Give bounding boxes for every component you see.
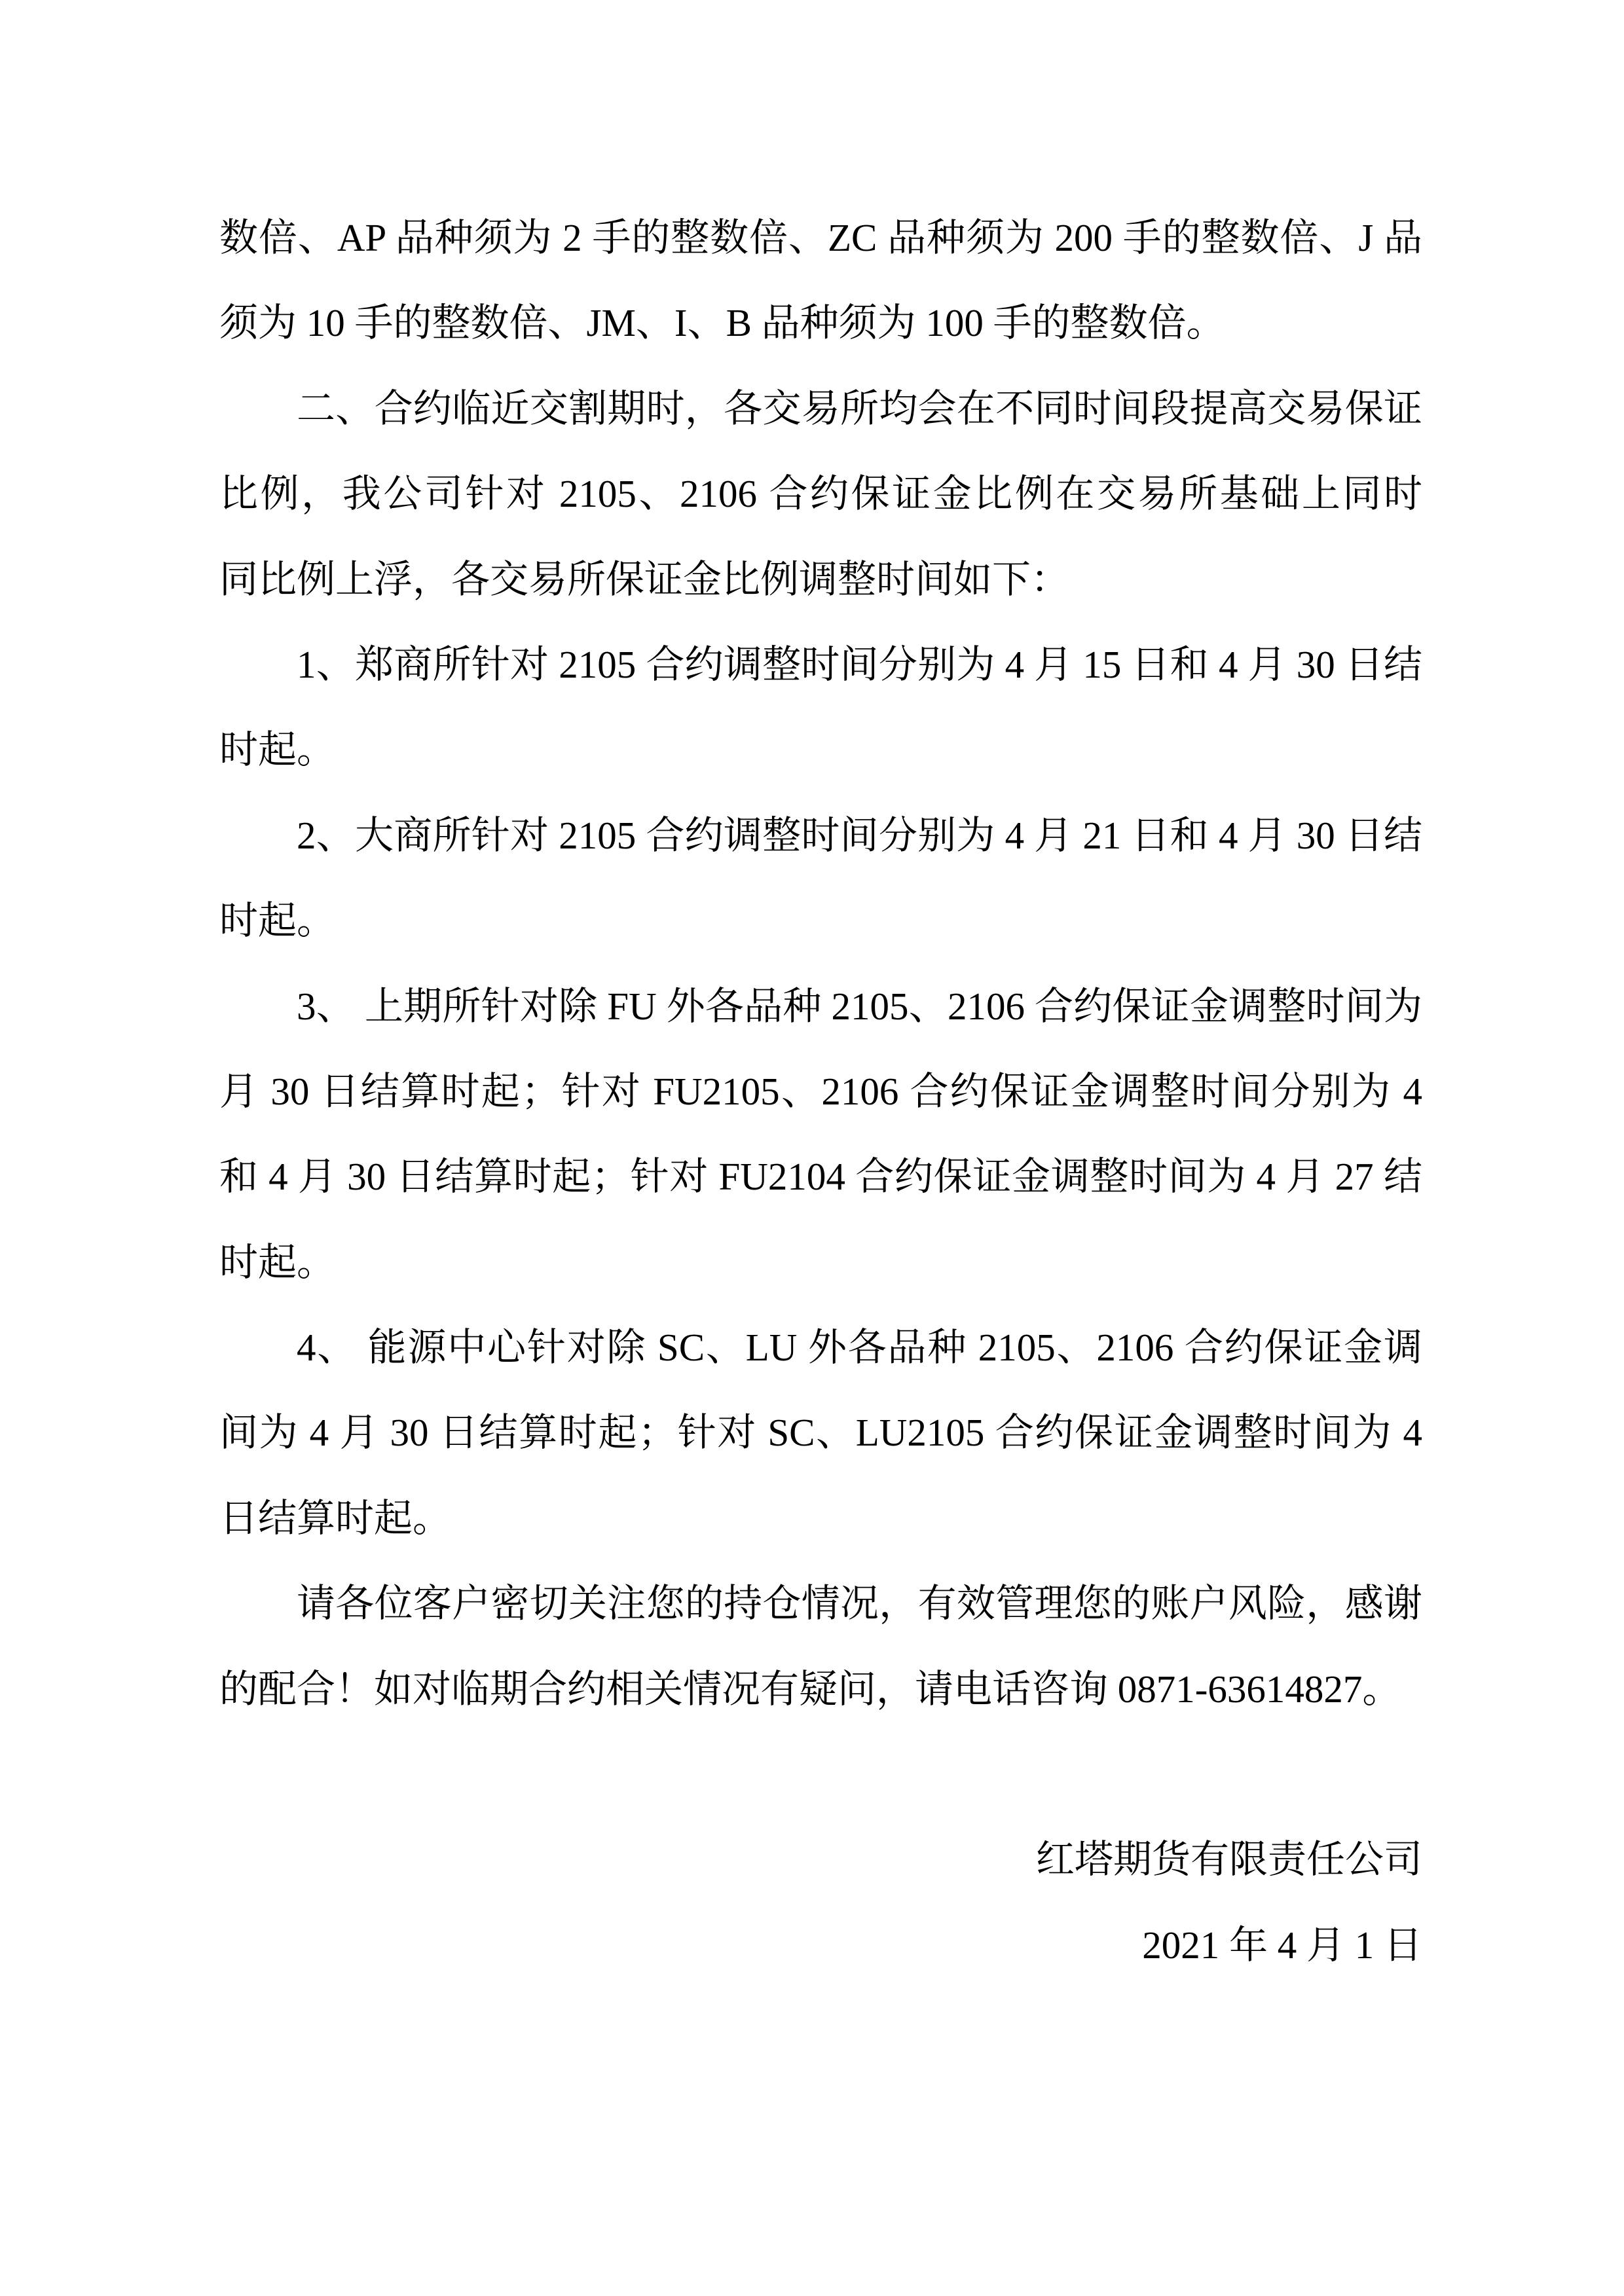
document-line: 须为 10 手的整数倍、JM、I、B 品种须为 100 手的整数倍。 xyxy=(219,280,1422,365)
signature-company: 红塔期货有限责任公司 xyxy=(219,1817,1422,1902)
document-line: 请各位客户密切关注您的持仓情况，有效管理您的账户风险，感谢您 xyxy=(219,1561,1422,1646)
notice-page: 数倍、AP 品种须为 2 手的整数倍、ZC 品种须为 200 手的整数倍、J 品… xyxy=(0,0,1624,2296)
document-line: 同比例上浮，各交易所保证金比例调整时间如下： xyxy=(219,537,1422,622)
document-line: 2、大商所针对 2105 合约调整时间分别为 4 月 21 日和 4 月 30 … xyxy=(219,793,1422,878)
body-lines: 数倍、AP 品种须为 2 手的整数倍、ZC 品种须为 200 手的整数倍、J 品… xyxy=(219,195,1422,1732)
document-line: 日结算时起。 xyxy=(219,1476,1422,1561)
document-line: 时起。 xyxy=(219,1220,1422,1305)
document-line: 月 30 日结算时起；针对 FU2105、2106 合约保证金调整时间分别为 4… xyxy=(219,1049,1422,1134)
notice-body: 数倍、AP 品种须为 2 手的整数倍、ZC 品种须为 200 手的整数倍、J 品… xyxy=(219,195,1422,1988)
document-line: 时起。 xyxy=(219,707,1422,792)
blank-line xyxy=(219,1732,1422,1817)
signature-date: 2021 年 4 月 1 日 xyxy=(219,1903,1422,1988)
document-line: 1、郑商所针对 2105 合约调整时间分别为 4 月 15 日和 4 月 30 … xyxy=(219,622,1422,707)
document-line: 和 4 月 30 日结算时起；针对 FU2104 合约保证金调整时间为 4 月 … xyxy=(219,1134,1422,1219)
document-line: 比例，我公司针对 2105、2106 合约保证金比例在交易所基础上同时间、 xyxy=(219,451,1422,536)
document-line: 时起。 xyxy=(219,878,1422,963)
document-line: 3、 上期所针对除 FU 外各品种 2105、2106 合约保证金调整时间为 4 xyxy=(219,964,1422,1049)
document-line: 二、合约临近交割期时，各交易所均会在不同时间段提高交易保证金 xyxy=(219,366,1422,451)
document-line: 的配合！如对临期合约相关情况有疑问，请电话咨询 0871-63614827。 xyxy=(219,1647,1422,1732)
document-line: 间为 4 月 30 日结算时起；针对 SC、LU2105 合约保证金调整时间为 … xyxy=(219,1390,1422,1475)
document-line: 数倍、AP 品种须为 2 手的整数倍、ZC 品种须为 200 手的整数倍、J 品… xyxy=(219,195,1422,280)
document-line: 4、 能源中心针对除 SC、LU 外各品种 2105、2106 合约保证金调整时 xyxy=(219,1305,1422,1390)
